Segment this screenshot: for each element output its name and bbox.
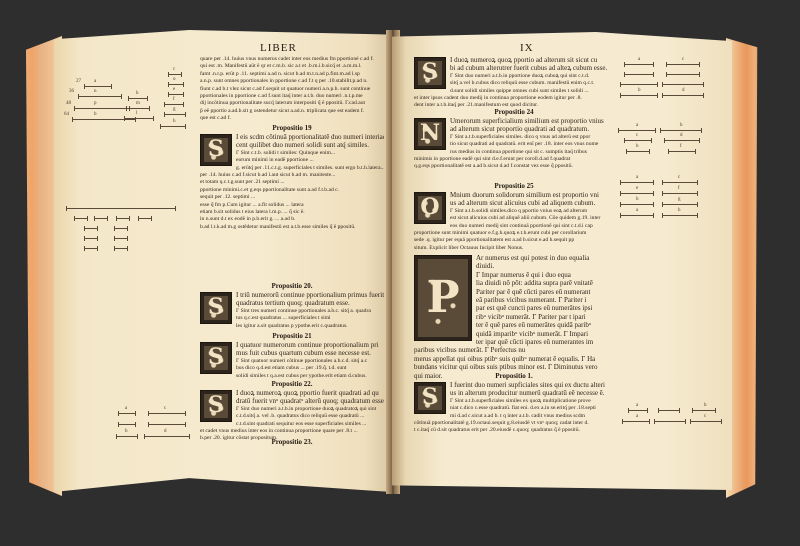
- diagram-line: [138, 218, 152, 219]
- diagram-line: [74, 108, 130, 109]
- decorated-initial-s: S: [414, 57, 446, 89]
- proposition-21: Propositio 21 S I quatuor numerorum cont…: [200, 332, 384, 380]
- diagram-line: [148, 413, 186, 414]
- diagram-line: [114, 248, 128, 249]
- proposition-20: Propositio 20. S I triū numerorū continu…: [200, 282, 384, 330]
- proposition-23-heading: Propositio 23.: [200, 438, 384, 447]
- diagram-line: [114, 238, 128, 239]
- diagram-line: [128, 98, 148, 99]
- diagram-line: [692, 410, 716, 411]
- diagram-line: [658, 410, 680, 411]
- proposition-22: Propositio 22. S I duoꝝ numeroꝝ quoꝝ ppo…: [200, 380, 384, 443]
- diagram-line: [662, 182, 698, 183]
- diagram-line: [118, 413, 136, 414]
- diagram-line: [78, 96, 122, 97]
- diagram-line: [624, 74, 654, 75]
- decorated-initial-n: N: [414, 118, 446, 150]
- diagram-line: [620, 84, 658, 85]
- diagram-line: [118, 424, 136, 425]
- diagram-line: [116, 436, 138, 437]
- proposition-25: Propositio 25 O Mnium duorum solidorum s…: [414, 182, 614, 252]
- diagram-line: [624, 64, 654, 65]
- diagram-line: [662, 193, 698, 194]
- decorated-initial-o: O: [414, 192, 446, 224]
- decorated-initial-p: P: [414, 255, 472, 341]
- proposition-19: Propositio 19 S I eis scdm cōtinuā pport…: [200, 124, 384, 231]
- diagram-line: [666, 74, 700, 75]
- left-margin-diagrams: a 27 n 36 p 48 b 64 h m l c o e f: [54, 30, 194, 470]
- diagram-line: [160, 126, 186, 127]
- decorated-initial-s: S: [200, 342, 232, 374]
- decorated-initial-s: S: [200, 390, 232, 422]
- book-ix-proposition-1: Propositio 1. S I fuerint duo numeri sup…: [414, 372, 614, 435]
- diagram-line: [144, 436, 190, 437]
- diagram-line: [620, 204, 654, 205]
- right-page: IX S I duoꝝ numeroꝝ quoꝝ pportio ad alte…: [392, 32, 732, 490]
- decorated-initial-s: S: [200, 292, 232, 324]
- left-page: LIBER quare per .14. huius vnus numerus …: [54, 30, 392, 492]
- diagram-line: [662, 84, 704, 85]
- diagram-line: [664, 140, 700, 141]
- proposition-23-right: S I duoꝝ numeroꝝ quoꝝ pportio ad alterum…: [414, 56, 614, 110]
- diagram-line: [662, 204, 698, 205]
- diagram-line: [622, 421, 650, 422]
- diagram-line: [84, 86, 112, 87]
- diagram-line: [626, 151, 650, 152]
- diagram-line: [628, 410, 648, 411]
- diagram-line: [94, 218, 108, 219]
- diagram-line: [168, 94, 184, 95]
- diagram-line: [624, 140, 652, 141]
- diagram-line: [620, 215, 654, 216]
- running-head-right: IX: [520, 42, 534, 54]
- diagram-line: [668, 151, 696, 152]
- decorated-initial-s: S: [414, 382, 446, 414]
- diagram-line: [620, 182, 654, 183]
- diagram-line: [620, 95, 658, 96]
- diagram-line: [114, 228, 128, 229]
- diagram-line: [168, 74, 182, 75]
- diagram-line: [168, 84, 184, 85]
- diagram-line: [660, 130, 702, 131]
- diagram-line: [620, 193, 654, 194]
- diagram-line: [124, 118, 154, 119]
- right-margin-diagrams: a c b d a b c d b f a c: [618, 32, 730, 472]
- diagram-line: [164, 114, 186, 115]
- diagram-line: [662, 215, 698, 216]
- diagram-line: [72, 119, 136, 120]
- diagram-line: [164, 104, 184, 105]
- running-head-left: LIBER: [260, 42, 297, 54]
- diagram-line: [662, 95, 704, 96]
- diagram-line: [666, 64, 700, 65]
- diagram-line: [74, 218, 88, 219]
- diagram-line: [84, 228, 98, 229]
- decorated-initial-s: S: [200, 134, 232, 166]
- open-book: LIBER quare per .14. huius vnus numerus …: [0, 0, 800, 546]
- book-ix-definitions: P Ar numerus est qui potest in duo equal…: [414, 254, 614, 380]
- diagram-line: [148, 424, 186, 425]
- left-intro-text: quare per .14. huius vnus numerus cadet …: [200, 56, 384, 123]
- diagram-line: [126, 108, 150, 109]
- diagram-line: [84, 238, 98, 239]
- proposition-24: Propositio 24 N Umerorum superficialium …: [414, 108, 614, 171]
- diagram-line: [116, 218, 130, 219]
- diagram-line: [66, 208, 176, 209]
- diagram-line: [618, 130, 656, 131]
- diagram-line: [84, 248, 98, 249]
- diagram-line: [654, 421, 686, 422]
- diagram-line: [690, 421, 722, 422]
